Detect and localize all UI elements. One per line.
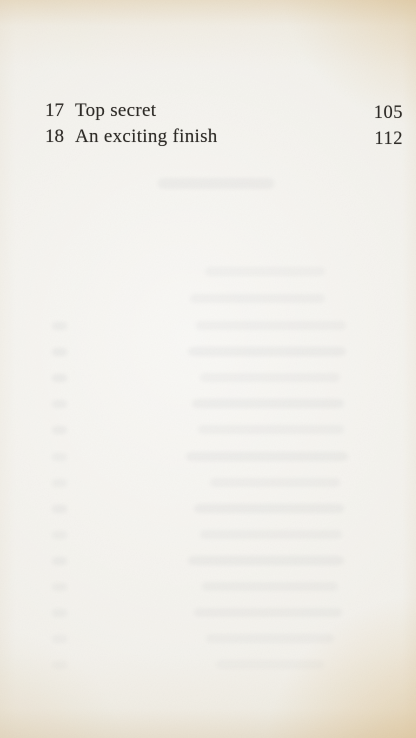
ghost-number-smudge: [52, 322, 67, 331]
ghost-number-smudge: [52, 531, 67, 540]
ghost-text-smudge: [196, 321, 346, 330]
ghost-text-smudge: [186, 452, 348, 461]
toc-entry: 18 An exciting finish 112: [45, 127, 403, 147]
ghost-number-smudge: [52, 479, 67, 488]
toc-entry: 17 Top secret 105: [45, 101, 403, 121]
ghost-text-smudge: [194, 608, 342, 617]
ghost-number-smudge: [52, 505, 67, 514]
ghost-number-smudge: [52, 635, 67, 644]
ghost-number-smudge: [52, 557, 67, 566]
ghost-number-smudge: [52, 400, 67, 409]
ghost-text-smudge: [216, 660, 324, 669]
chapter-number: 18: [45, 127, 75, 147]
ghost-text-smudge: [192, 399, 344, 408]
ghost-text-smudge: [202, 582, 338, 591]
ghost-number-smudge: [52, 583, 67, 592]
page-number: 112: [374, 129, 403, 149]
chapter-number: 17: [45, 101, 75, 121]
ghost-number-smudge: [52, 348, 67, 357]
ghost-text-smudge: [210, 478, 340, 487]
book-page: 17 Top secret 105 18 An exciting finish …: [0, 0, 416, 738]
ghost-number-smudge: [52, 661, 67, 670]
page-number: 105: [374, 103, 403, 123]
ghost-text-smudge: [205, 267, 325, 276]
ghost-heading-smudge: [158, 178, 274, 189]
ghost-number-smudge: [52, 374, 67, 383]
ghost-text-smudge: [206, 634, 334, 643]
ghost-number-smudge: [52, 426, 67, 435]
ghost-text-smudge: [198, 425, 344, 434]
chapter-title: Top secret: [75, 101, 374, 121]
ghost-text-smudge: [188, 347, 346, 356]
ghost-text-smudge: [200, 373, 340, 382]
ghost-number-smudge: [52, 609, 67, 618]
ghost-text-smudge: [194, 504, 344, 513]
ghost-text-smudge: [190, 294, 325, 303]
table-of-contents: 17 Top secret 105 18 An exciting finish …: [45, 101, 403, 153]
chapter-title: An exciting finish: [75, 127, 374, 147]
ghost-number-smudge: [52, 453, 67, 462]
ghost-text-smudge: [200, 530, 342, 539]
ghost-text-smudge: [188, 556, 344, 565]
